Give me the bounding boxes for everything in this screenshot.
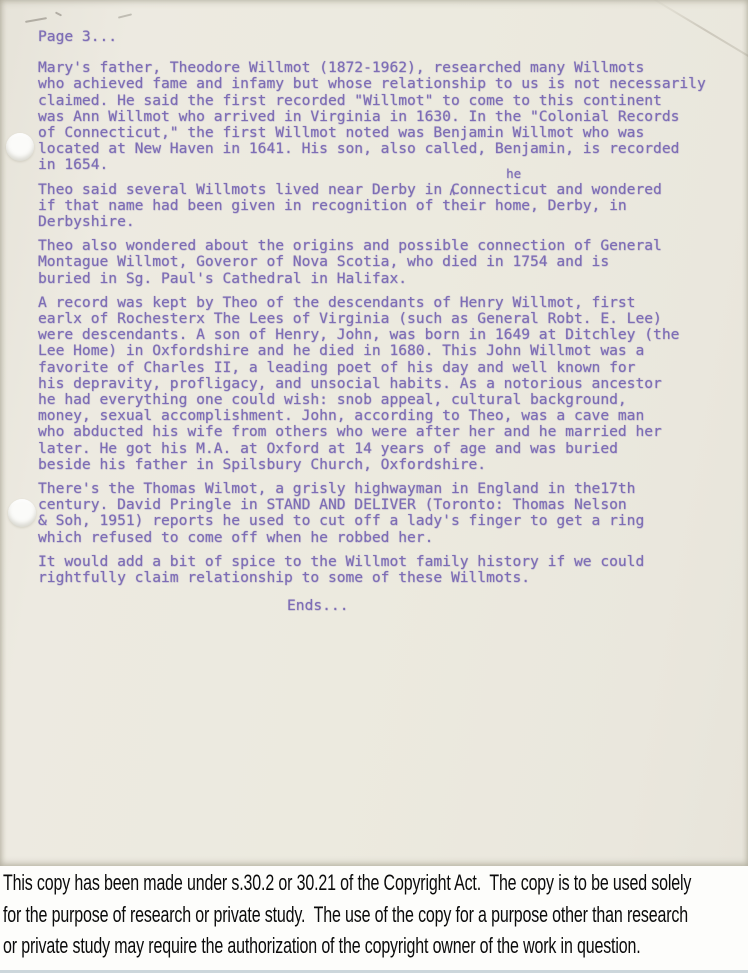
typewritten-page: Page 3... Mary's father, Theodore Willmo… (0, 0, 748, 866)
paragraph-closing: It would add a bit of spice to the Willm… (38, 554, 733, 586)
paragraph-theodore-willmot: Mary's father, Theodore Willmot (1872-19… (38, 60, 733, 173)
pencil-mark (118, 13, 132, 18)
insertion-caret-mark: ∧ (449, 186, 456, 197)
paragraph-montague-willmot: Theo also wondered about the origins and… (38, 238, 733, 287)
typewritten-text: Page 3... Mary's father, Theodore Willmo… (38, 29, 733, 615)
pencil-mark (25, 17, 47, 23)
paragraph-derby: Theo said several Willmots lived near De… (38, 182, 733, 231)
page-number-heading: Page 3... (38, 29, 733, 45)
copyright-notice-text: This copy has been made under s.30.2 or … (3, 867, 748, 962)
copyright-notice-strip: This copy has been made under s.30.2 or … (0, 866, 748, 973)
punch-hole (8, 499, 36, 527)
notice-line: This copy has been made under s.30.2 or … (3, 867, 691, 899)
notice-line: for the purpose of research or private s… (3, 899, 691, 931)
pencil-mark (55, 11, 62, 16)
punch-hole (6, 133, 34, 161)
scanned-document: Page 3... Mary's father, Theodore Willmo… (0, 0, 748, 973)
paragraph-thomas-wilmot: There's the Thomas Wilmot, a grisly high… (38, 481, 733, 546)
notice-line: or private study may require the authori… (3, 930, 691, 962)
typed-insertion-he: he (506, 168, 521, 180)
ends-label: Ends... (38, 598, 733, 614)
paragraph-henry-willmot: A record was kept by Theo of the descend… (38, 295, 733, 473)
